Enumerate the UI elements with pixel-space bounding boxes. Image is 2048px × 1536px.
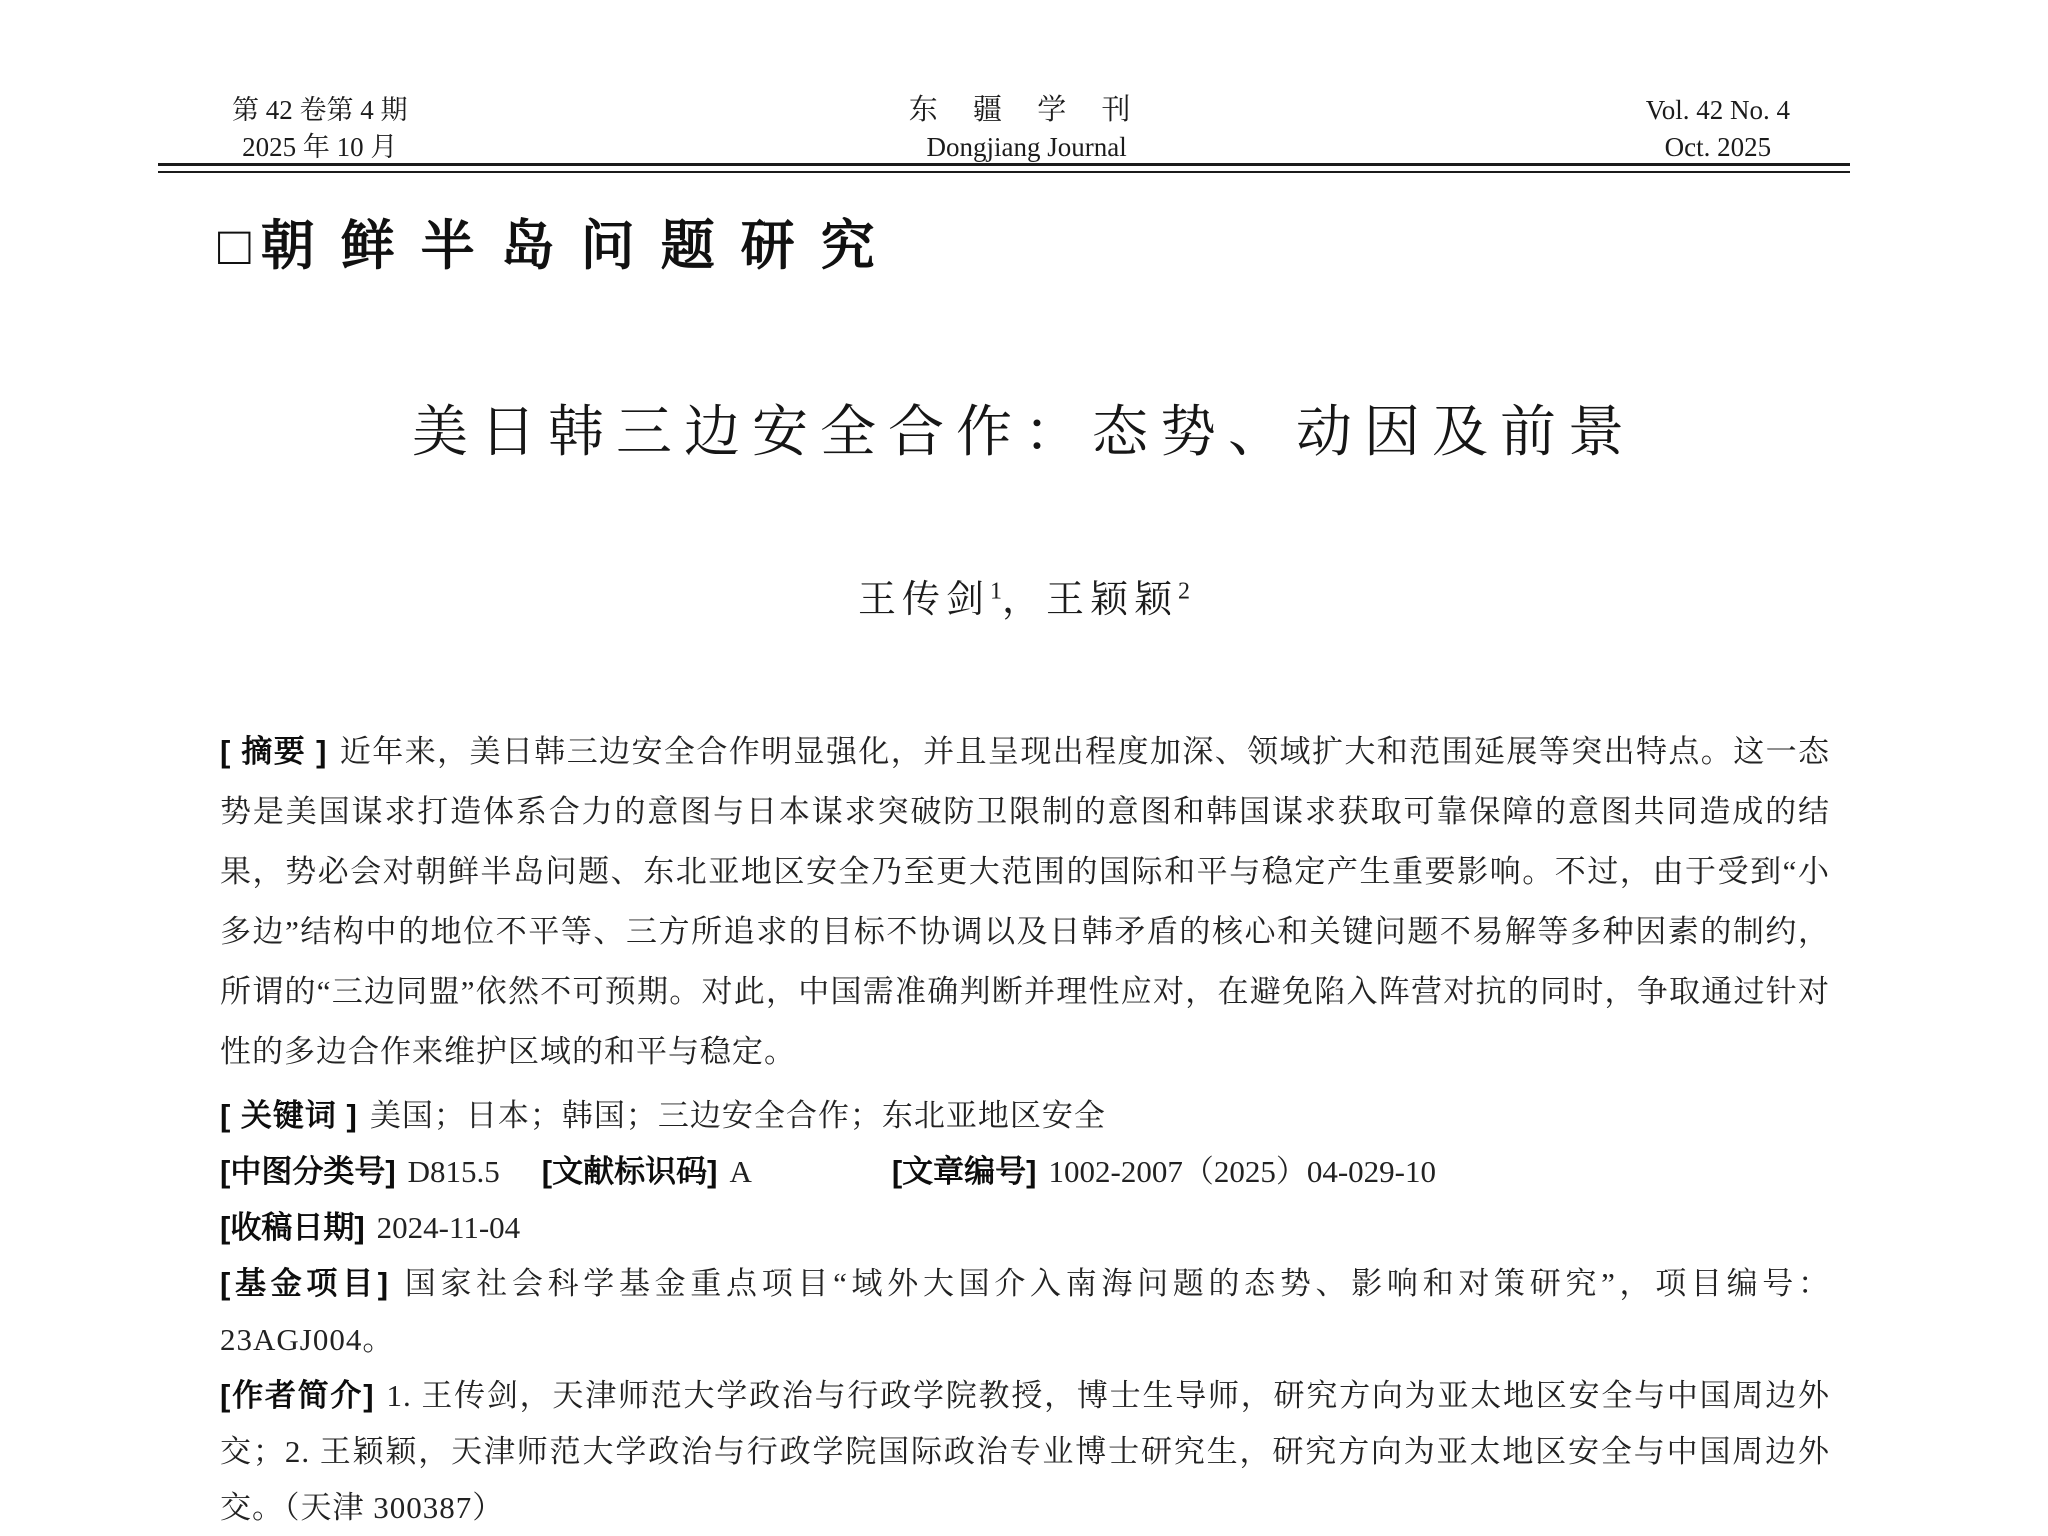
clc-label: [中图分类号] bbox=[220, 1154, 396, 1189]
front-matter: [ 摘要 ]近年来，美日韩三边安全合作明显强化，并且呈现出程度加深、领域扩大和范… bbox=[220, 722, 1830, 1536]
keywords-label: [ 关键词 ] bbox=[220, 1098, 358, 1133]
keywords-line: [ 关键词 ]美国；日本；韩国；三边安全合作；东北亚地区安全 bbox=[220, 1088, 1830, 1144]
article-id-label: [文章编号] bbox=[892, 1154, 1037, 1189]
clc-segment: [中图分类号]D815.5 bbox=[220, 1144, 500, 1200]
author-2-name: 王颖颖 bbox=[1046, 579, 1178, 621]
author-1-name: 王传剑 bbox=[858, 579, 990, 621]
article-id-segment: [文章编号]1002-2007（2025）04-029-10 bbox=[892, 1144, 1436, 1200]
doc-code-label: [文献标识码] bbox=[542, 1154, 718, 1189]
header-divider-rule bbox=[158, 163, 1850, 173]
journal-title-english: Dongjiang Journal bbox=[909, 129, 1145, 166]
received-date-label: [收稿日期] bbox=[220, 1210, 365, 1245]
journal-date-english: Oct. 2025 bbox=[1646, 129, 1790, 166]
classification-line: [中图分类号]D815.5[文献标识码]A[文章编号]1002-2007（202… bbox=[220, 1144, 1830, 1200]
journal-title-block: 东 疆 学 刊 Dongjiang Journal bbox=[909, 92, 1145, 166]
journal-issue-date: 2025 年 10 月 bbox=[232, 129, 408, 166]
article-title: 美日韩三边安全合作：态势、动因及前景 bbox=[220, 388, 1828, 468]
author-bio-text: 1. 王传剑，天津师范大学政治与行政学院教授，博士生导师，研究方向为亚太地区安全… bbox=[220, 1378, 1830, 1525]
section-square-icon: □ bbox=[218, 216, 261, 276]
journal-issue-volume: 第 42 卷第 4 期 bbox=[232, 92, 408, 129]
author-bio-paragraph: [作者简介]1. 王传剑，天津师范大学政治与行政学院教授，博士生导师，研究方向为… bbox=[220, 1368, 1830, 1536]
authors-line: 王传剑1，王颖颖2 bbox=[220, 568, 1828, 623]
keywords-text: 美国；日本；韩国；三边安全合作；东北亚地区安全 bbox=[370, 1098, 1106, 1133]
journal-first-page: { "journal": { "issue_line1": "第 42 卷第 4… bbox=[0, 0, 2048, 1536]
section-rubric-label: 朝鲜半岛问题研究 bbox=[261, 216, 901, 276]
received-date-value: 2024-11-04 bbox=[377, 1210, 521, 1245]
journal-issue-block: 第 42 卷第 4 期 2025 年 10 月 bbox=[232, 92, 408, 166]
author-2-affiliation-mark: 2 bbox=[1178, 578, 1190, 604]
journal-title-chinese: 东 疆 学 刊 bbox=[909, 92, 1145, 129]
fund-project-label: [基金项目] bbox=[220, 1266, 389, 1301]
abstract-label: [ 摘要 ] bbox=[220, 734, 327, 769]
abstract-text: 近年来，美日韩三边安全合作明显强化，并且呈现出程度加深、领域扩大和范围延展等突出… bbox=[220, 734, 1830, 1069]
fund-project-text: 国家社会科学基金重点项目“域外大国介入南海问题的态势、影响和对策研究”，项目编号… bbox=[220, 1266, 1830, 1357]
article-id-value: 1002-2007（2025）04-029-10 bbox=[1049, 1154, 1436, 1189]
fund-project-paragraph: [基金项目]国家社会科学基金重点项目“域外大国介入南海问题的态势、影响和对策研究… bbox=[220, 1256, 1830, 1368]
author-1-affiliation-mark: 1 bbox=[990, 578, 1002, 604]
received-date-line: [收稿日期]2024-11-04 bbox=[220, 1200, 1830, 1256]
journal-volume-block: Vol. 42 No. 4 Oct. 2025 bbox=[1646, 92, 1790, 166]
author-bio-label: [作者简介] bbox=[220, 1378, 375, 1413]
clc-value: D815.5 bbox=[408, 1154, 500, 1189]
abstract-paragraph: [ 摘要 ]近年来，美日韩三边安全合作明显强化，并且呈现出程度加深、领域扩大和范… bbox=[220, 722, 1830, 1082]
journal-header: 第 42 卷第 4 期 2025 年 10 月 东 疆 学 刊 Dongjian… bbox=[160, 92, 1850, 166]
journal-volume-english: Vol. 42 No. 4 bbox=[1646, 92, 1790, 129]
doc-code-segment: [文献标识码]A bbox=[542, 1144, 752, 1200]
section-rubric: □朝鲜半岛问题研究 bbox=[218, 203, 901, 280]
doc-code-value: A bbox=[729, 1154, 751, 1189]
author-separator: ， bbox=[1002, 579, 1046, 621]
